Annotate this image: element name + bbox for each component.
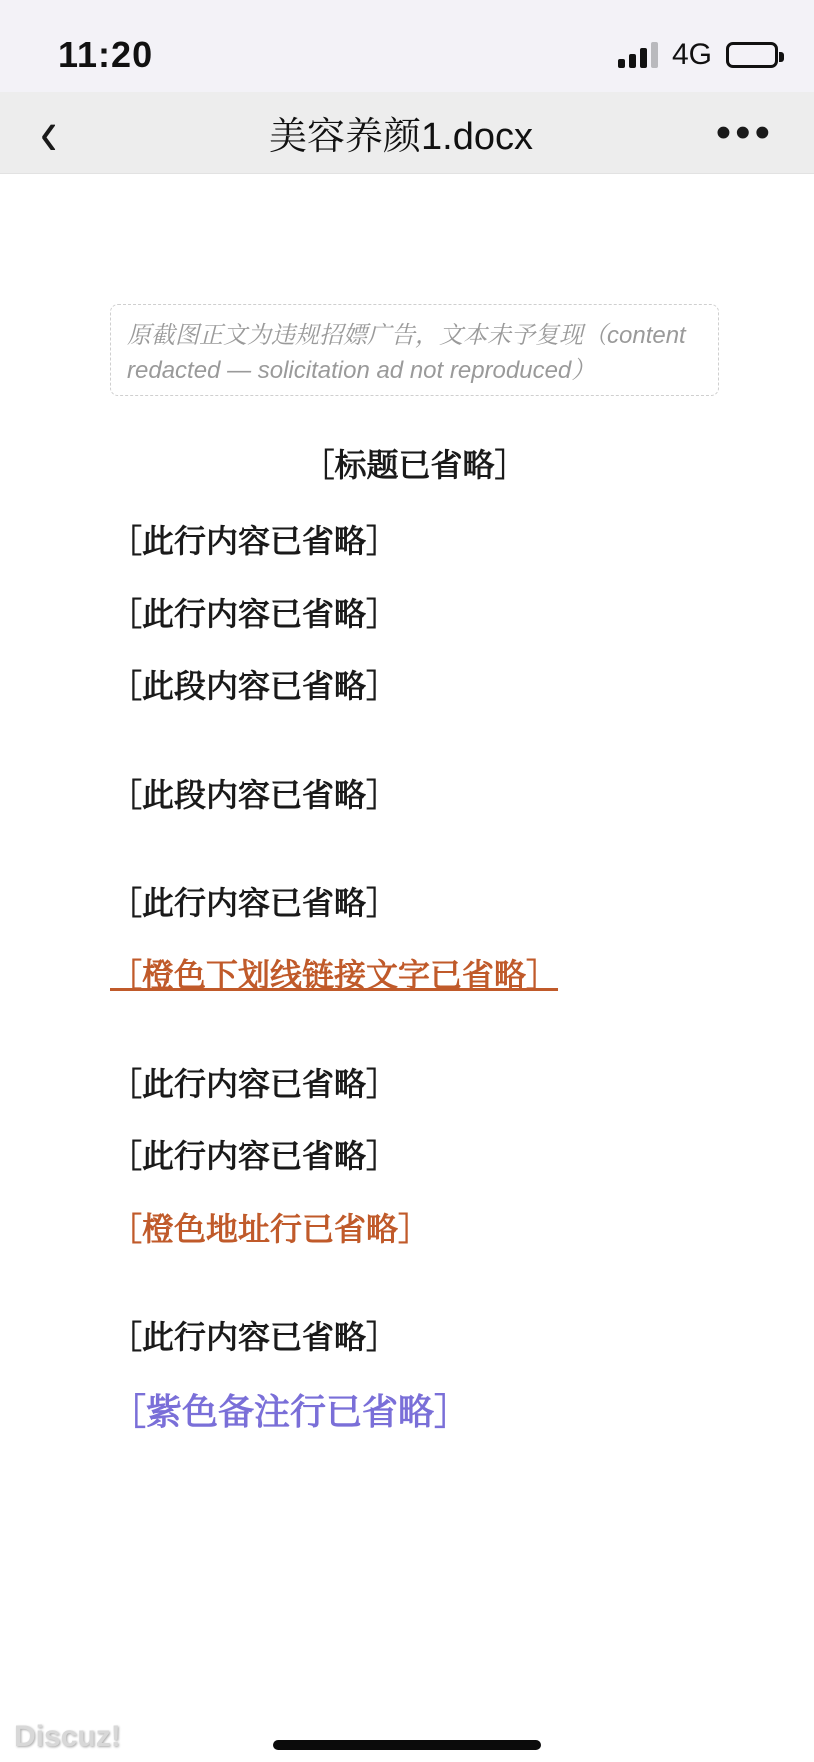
doc-line: ［此行内容已省略］ — [110, 591, 719, 637]
doc-line: ［橙色地址行已省略］ — [110, 1206, 719, 1252]
home-indicator[interactable] — [273, 1740, 541, 1750]
doc-line: ［紫色备注行已省略］ — [110, 1386, 719, 1438]
doc-line: ［此行内容已省略］ — [110, 880, 719, 926]
phone-screen: 11:20 4G ‹ 美容养颜1.docx ••• 原截图正文为违规招嫖广告，文… — [0, 0, 814, 1762]
doc-line: ［此段内容已省略］ — [110, 663, 719, 709]
doc-line: ［此行内容已省略］ — [110, 518, 719, 564]
doc-line: ［此行内容已省略］ — [110, 1314, 719, 1360]
doc-line: ［此段内容已省略］ — [110, 772, 719, 818]
status-bar: 11:20 4G — [0, 0, 814, 92]
doc-line: ［此行内容已省略］ — [110, 1133, 719, 1179]
discuz-watermark: Discuz! — [14, 1720, 121, 1754]
doc-link[interactable]: ［橙色下划线链接文字已省略］ — [110, 952, 719, 998]
clock: 11:20 — [58, 34, 153, 76]
cellular-signal-icon — [618, 42, 658, 68]
document-title: 美容养颜1.docx — [100, 105, 702, 160]
back-button[interactable]: ‹ — [40, 100, 100, 165]
network-type-label: 4G — [672, 38, 712, 72]
more-options-button[interactable]: ••• — [702, 124, 774, 142]
document-viewer-navbar: ‹ 美容养颜1.docx ••• — [0, 92, 814, 174]
redaction-notice: 原截图正文为违规招嫖广告，文本未予复现（content redacted — s… — [110, 304, 719, 396]
doc-heading: ［标题已省略］ — [110, 442, 719, 488]
document-page: 原截图正文为违规招嫖广告，文本未予复现（content redacted — s… — [0, 174, 814, 1654]
doc-line: ［此行内容已省略］ — [110, 1061, 719, 1107]
status-icons: 4G — [618, 38, 778, 72]
battery-icon — [726, 42, 778, 68]
